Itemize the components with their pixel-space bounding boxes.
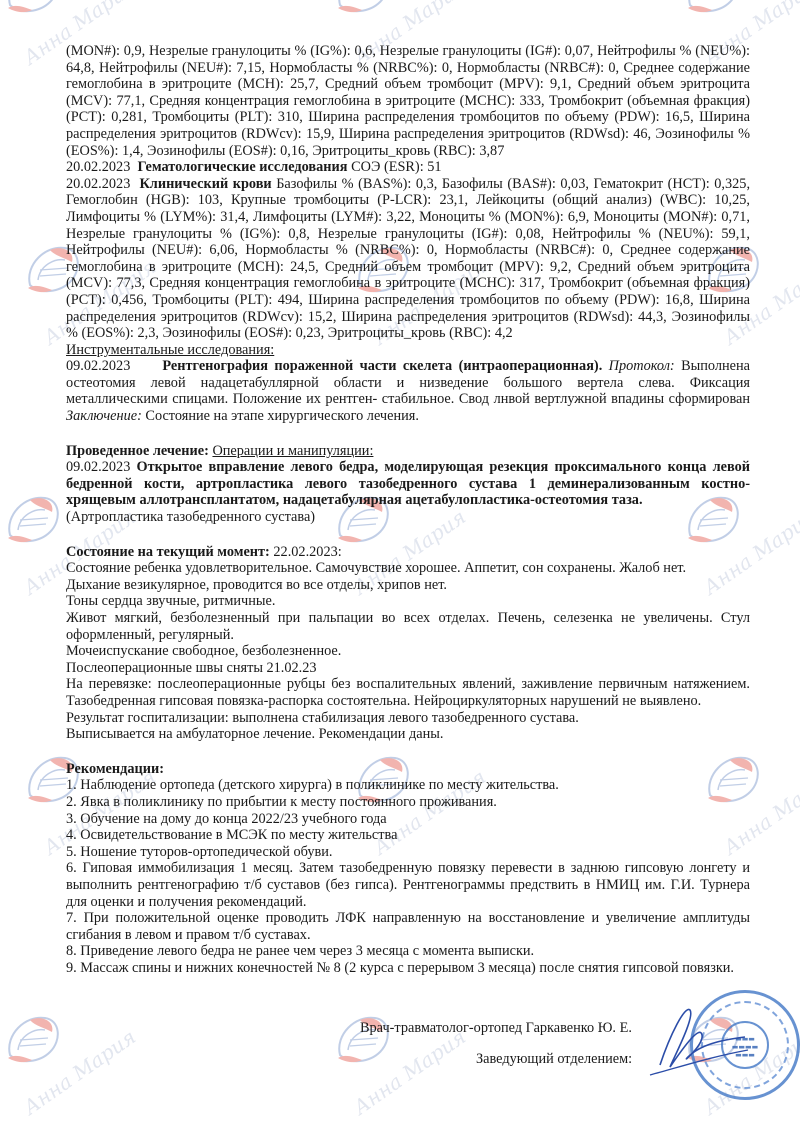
state-line: На перевязке: послеоперационные рубцы бе… [66,676,750,709]
instrumental-date: 09.02.2023 [66,358,130,374]
state-line: Дыхание везикулярное, проводится во все … [66,577,750,594]
state-line: Мочеиспускание свободное, безболезненное… [66,643,750,660]
lab-results-continuation: (MON#): 0,9, Незрелые гранулоциты % (IG%… [66,43,750,159]
doctor-signature-line: Врач-травматолог-ортопед Гаркавенко Ю. Е… [360,1020,632,1037]
watermark-logo-icon: Анна Мария [0,1010,90,1120]
cbc-title: Клинический крови [139,176,271,192]
recommendation-item: 6. Гиповая иммобилизация 1 месяц. Затем … [66,860,750,910]
current-state-date: 22.02.2023: [273,544,341,560]
recommendations-list: 1. Наблюдение ортопеда (детского хирурга… [66,777,750,976]
treatment-date: 09.02.2023 [66,459,130,475]
cbc-values: Базофилы % (BAS%): 0,3, Базофилы (BAS#):… [66,176,750,341]
esr-date: 20.02.2023 [66,159,130,175]
discharge-document-page: (MON#): 0,9, Незрелые гранулоциты % (IG%… [66,43,750,976]
recommendations-heading: Рекомендации: [66,761,750,778]
conclusion-label: Заключение: [66,408,142,424]
state-line: Выписывается на амбулаторное лечение. Ре… [66,726,750,743]
esr-title: Гематологические исследования [138,159,348,175]
recommendation-item: 3. Обучение на дому до конца 2022/23 уче… [66,811,750,828]
recommendation-item: 4. Освидетельствование в МСЭК по месту ж… [66,827,750,844]
current-state-header: Состояние на текущий момент: 22.02.2023: [66,544,750,561]
cbc-date: 20.02.2023 [66,176,130,192]
handwritten-signature-icon [640,995,750,1085]
recommendation-item: 7. При положительной оценке проводить ЛФ… [66,910,750,943]
state-line: Живот мягкий, безболезненный при пальпац… [66,610,750,643]
treatment-header: Проведенное лечение: Операции и манипуля… [66,443,750,460]
treatment-procedure-text: Открытое вправление левого бедра, модели… [66,459,750,508]
esr-value: СОЭ (ESR): 51 [351,159,441,175]
instrumental-heading: Инструментальные исследования: [66,342,750,359]
state-line: Тоны сердца звучные, ритмичные. [66,593,750,610]
instrumental-title: Рентгенография пораженной части скелета … [162,358,602,374]
current-state-label: Состояние на текущий момент: [66,544,270,560]
recommendation-item: 9. Массаж спины и нижних конечностей № 8… [66,960,750,977]
cbc-result: 20.02.2023 Клинический крови Базофилы % … [66,176,750,342]
recommendation-item: 2. Явка в поликлинику по прибытии к мест… [66,794,750,811]
recommendation-item: 1. Наблюдение ортопеда (детского хирурга… [66,777,750,794]
treatment-note: (Артропластика тазобедренного сустава) [66,509,750,526]
conclusion-text: Состояние на этапе хирургического лечени… [145,408,419,424]
protocol-label: Протокол: [609,358,675,374]
esr-result: 20.02.2023 Гематологические исследования… [66,159,750,176]
treatment-category: Операции и манипуляции: [212,443,373,459]
recommendation-item: 8. Приведение левого бедра не ранее чем … [66,943,750,960]
state-line: Состояние ребенка удовлетворительное. Са… [66,560,750,577]
recommendation-item: 5. Ношение туторов-ортопедической обуви. [66,844,750,861]
treatment-label: Проведенное лечение: [66,443,209,459]
current-state-lines: Состояние ребенка удовлетворительное. Са… [66,560,750,743]
department-head-line: Заведующий отделением: [476,1051,632,1068]
state-line: Послеоперационные швы сняты 21.02.23 [66,660,750,677]
instrumental-study: 09.02.2023 Рентгенография пораженной час… [66,358,750,424]
state-line: Результат госпитализации: выполнена стаб… [66,710,750,727]
treatment-procedure: 09.02.2023 Открытое вправление левого бе… [66,459,750,509]
